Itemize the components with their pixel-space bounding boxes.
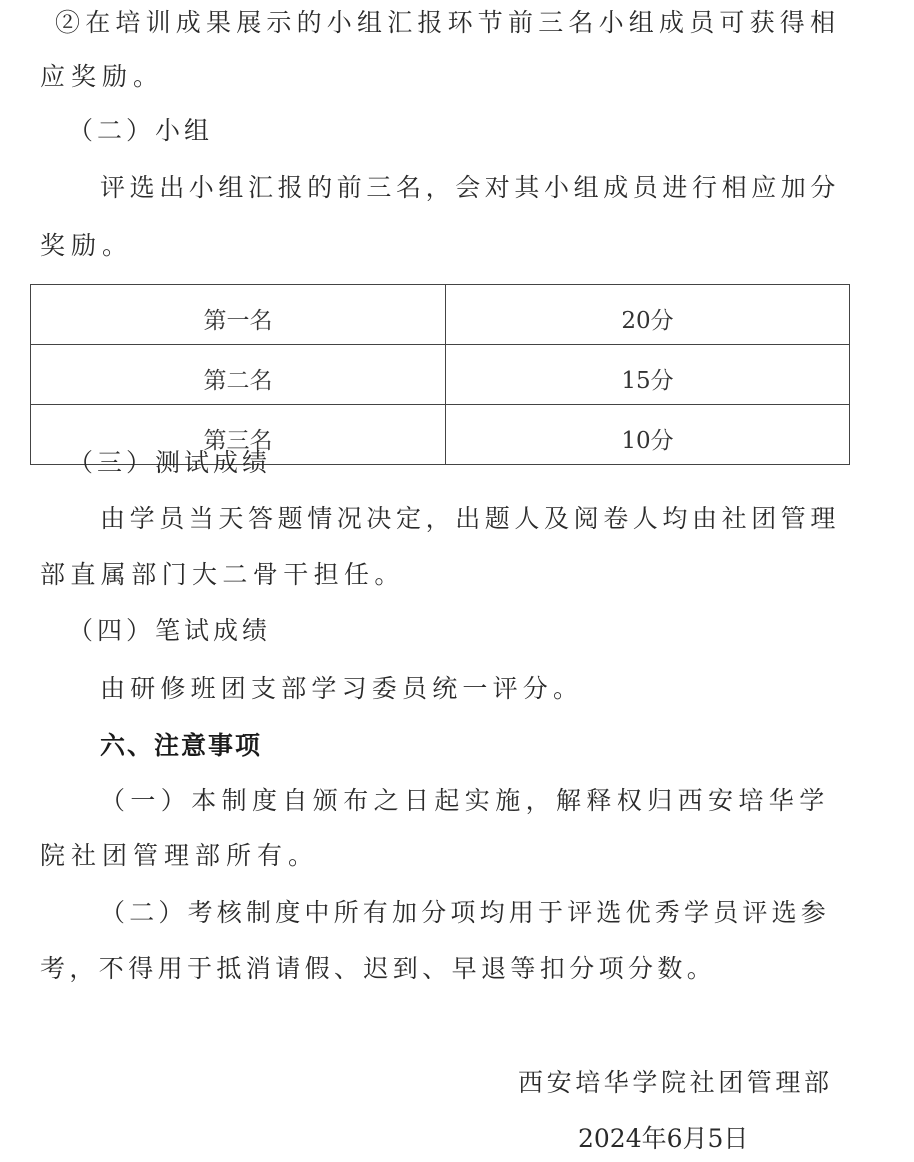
paragraph-test-line1: 由学员当天答题情况决定，出题人及阅卷人均由社团管理 — [100, 504, 840, 534]
table-row: 第一名 20分 — [31, 285, 850, 345]
note-2-line2: 考，不得用于抵消请假、迟到、早退等扣分项分数。 — [40, 954, 716, 984]
heading-notes: 六、注意事项 — [100, 731, 262, 761]
paragraph-award-line2: 应奖励。 — [40, 62, 164, 92]
points-cell: 20分 — [446, 285, 850, 345]
heading-written-score: （四）笔试成绩 — [68, 616, 271, 646]
heading-test-score: （三）测试成绩 — [68, 448, 271, 478]
note-1-line2: 院社团管理部所有。 — [40, 841, 319, 871]
note-1-line1: （一）本制度自颁布之日起实施，解释权归西安培华学 — [100, 786, 830, 816]
note-2-line1: （二）考核制度中所有加分项均用于评选优秀学员评选参 — [100, 898, 830, 928]
paragraph-group-line2: 奖励。 — [40, 231, 133, 261]
paragraph-test-line2: 部直属部门大二骨干担任。 — [40, 560, 405, 590]
rank-cell: 第一名 — [31, 285, 446, 345]
heading-group: （二）小组 — [68, 116, 213, 146]
points-cell: 15分 — [446, 345, 850, 405]
table-row: 第二名 15分 — [31, 345, 850, 405]
signature-date: 2024年6月5日 — [578, 1124, 748, 1154]
points-cell: 10分 — [446, 405, 850, 465]
signature-organization: 西安培华学院社团管理部 — [518, 1068, 833, 1098]
score-table: 第一名 20分 第二名 15分 第三名 10分 — [30, 284, 850, 465]
paragraph-award-line1: ②在培训成果展示的小组汇报环节前三名小组成员可获得相 — [55, 8, 840, 38]
paragraph-group-line1: 评选出小组汇报的前三名，会对其小组成员进行相应加分 — [100, 173, 840, 203]
paragraph-written-line1: 由研修班团支部学习委员统一评分。 — [100, 674, 583, 704]
rank-cell: 第二名 — [31, 345, 446, 405]
